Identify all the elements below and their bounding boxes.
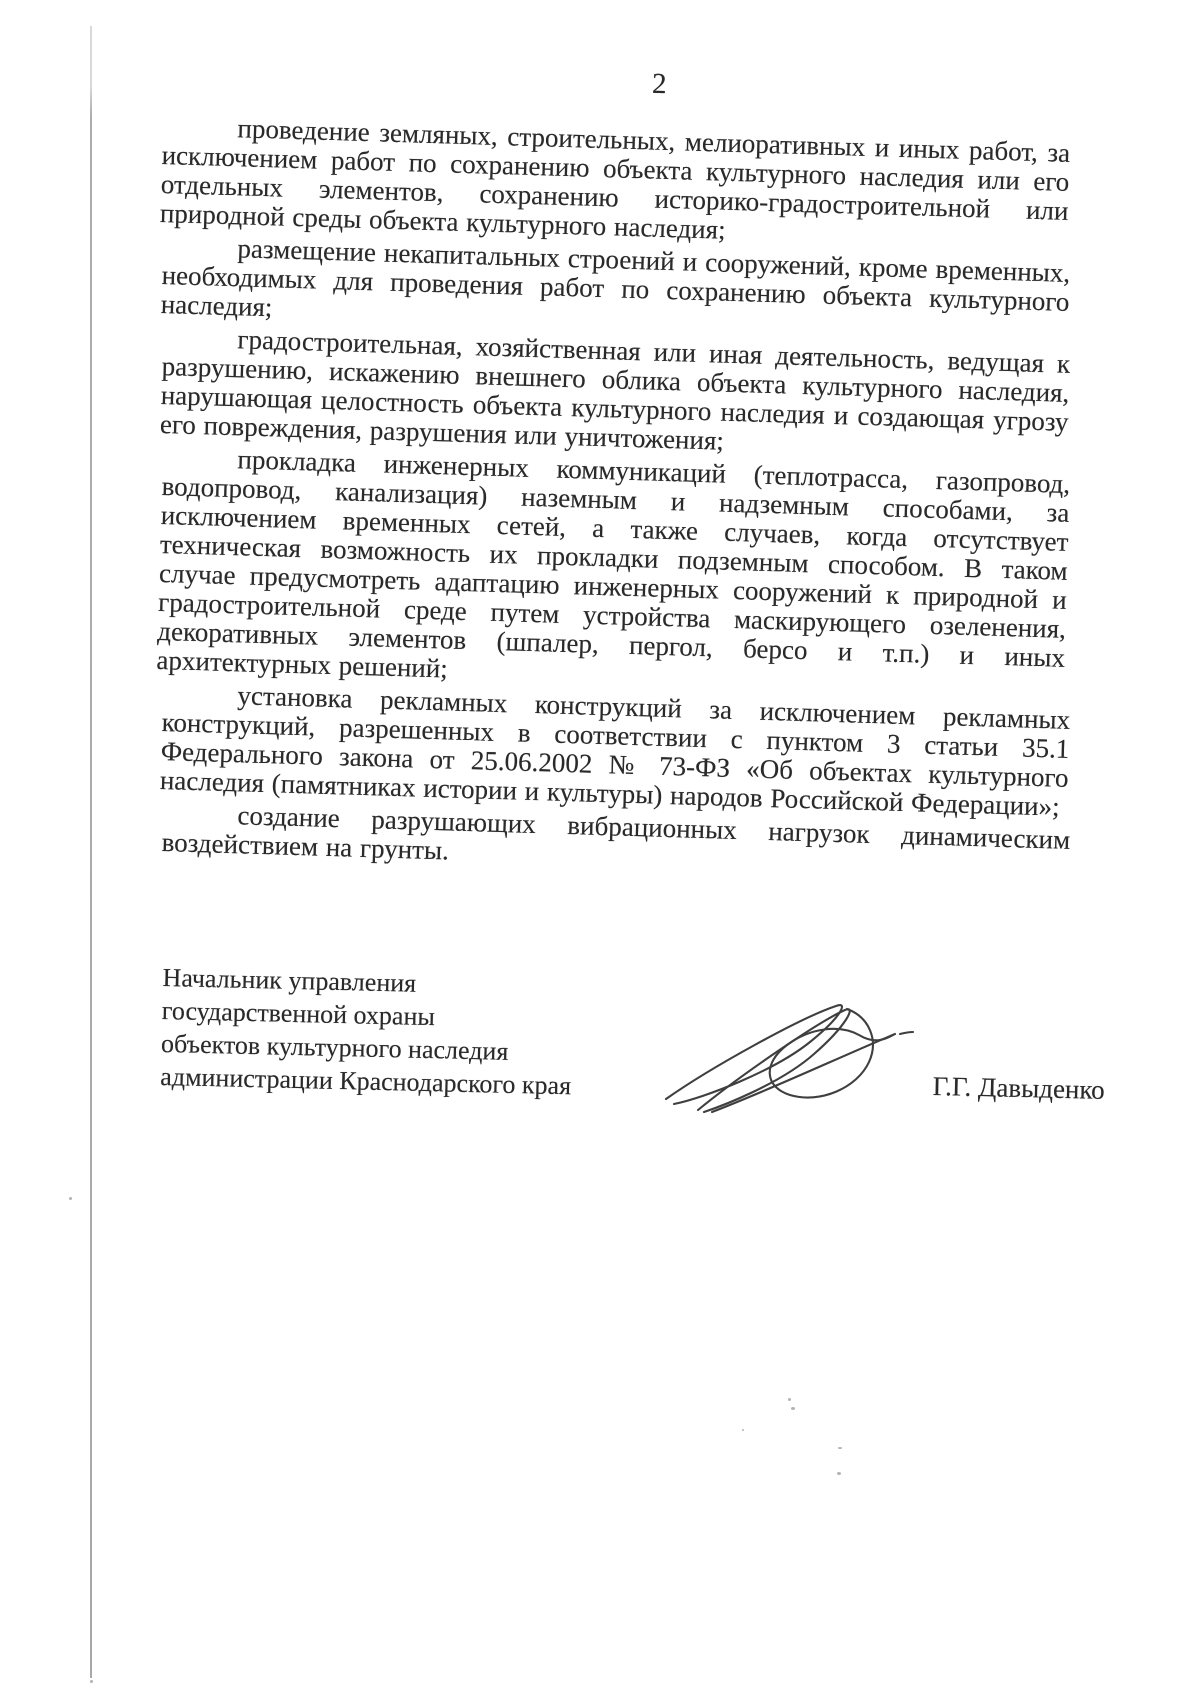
scan-speck — [788, 1398, 791, 1401]
scan-speck — [742, 1429, 744, 1431]
scan-speck — [90, 1680, 93, 1683]
signatory-title-block: Начальник управления государственной охр… — [160, 961, 574, 1102]
body-paragraph: градостроительная, хозяйственная или ина… — [160, 323, 1071, 466]
signer-name: Г.Г. Давыденко — [932, 1071, 1105, 1106]
document-body: проведение земляных, строительных, мелио… — [163, 112, 1071, 861]
scan-speck — [791, 1407, 795, 1410]
scanned-document-page: 2 проведение земляных, строительных, мел… — [0, 0, 1200, 1698]
page-number: 2 — [652, 68, 668, 101]
scan-speck — [838, 1447, 842, 1449]
scan-speck — [837, 1472, 841, 1475]
handwritten-signature-icon — [652, 994, 920, 1124]
body-paragraph: проведение земляных, строительных, мелио… — [160, 112, 1071, 255]
body-paragraph: установка рекламных конструкций за исклю… — [160, 679, 1071, 822]
body-paragraph: прокладка инженерных коммуникаций (тепло… — [156, 443, 1070, 702]
scan-artifact-line — [90, 26, 92, 1678]
scan-speck — [69, 1197, 72, 1200]
